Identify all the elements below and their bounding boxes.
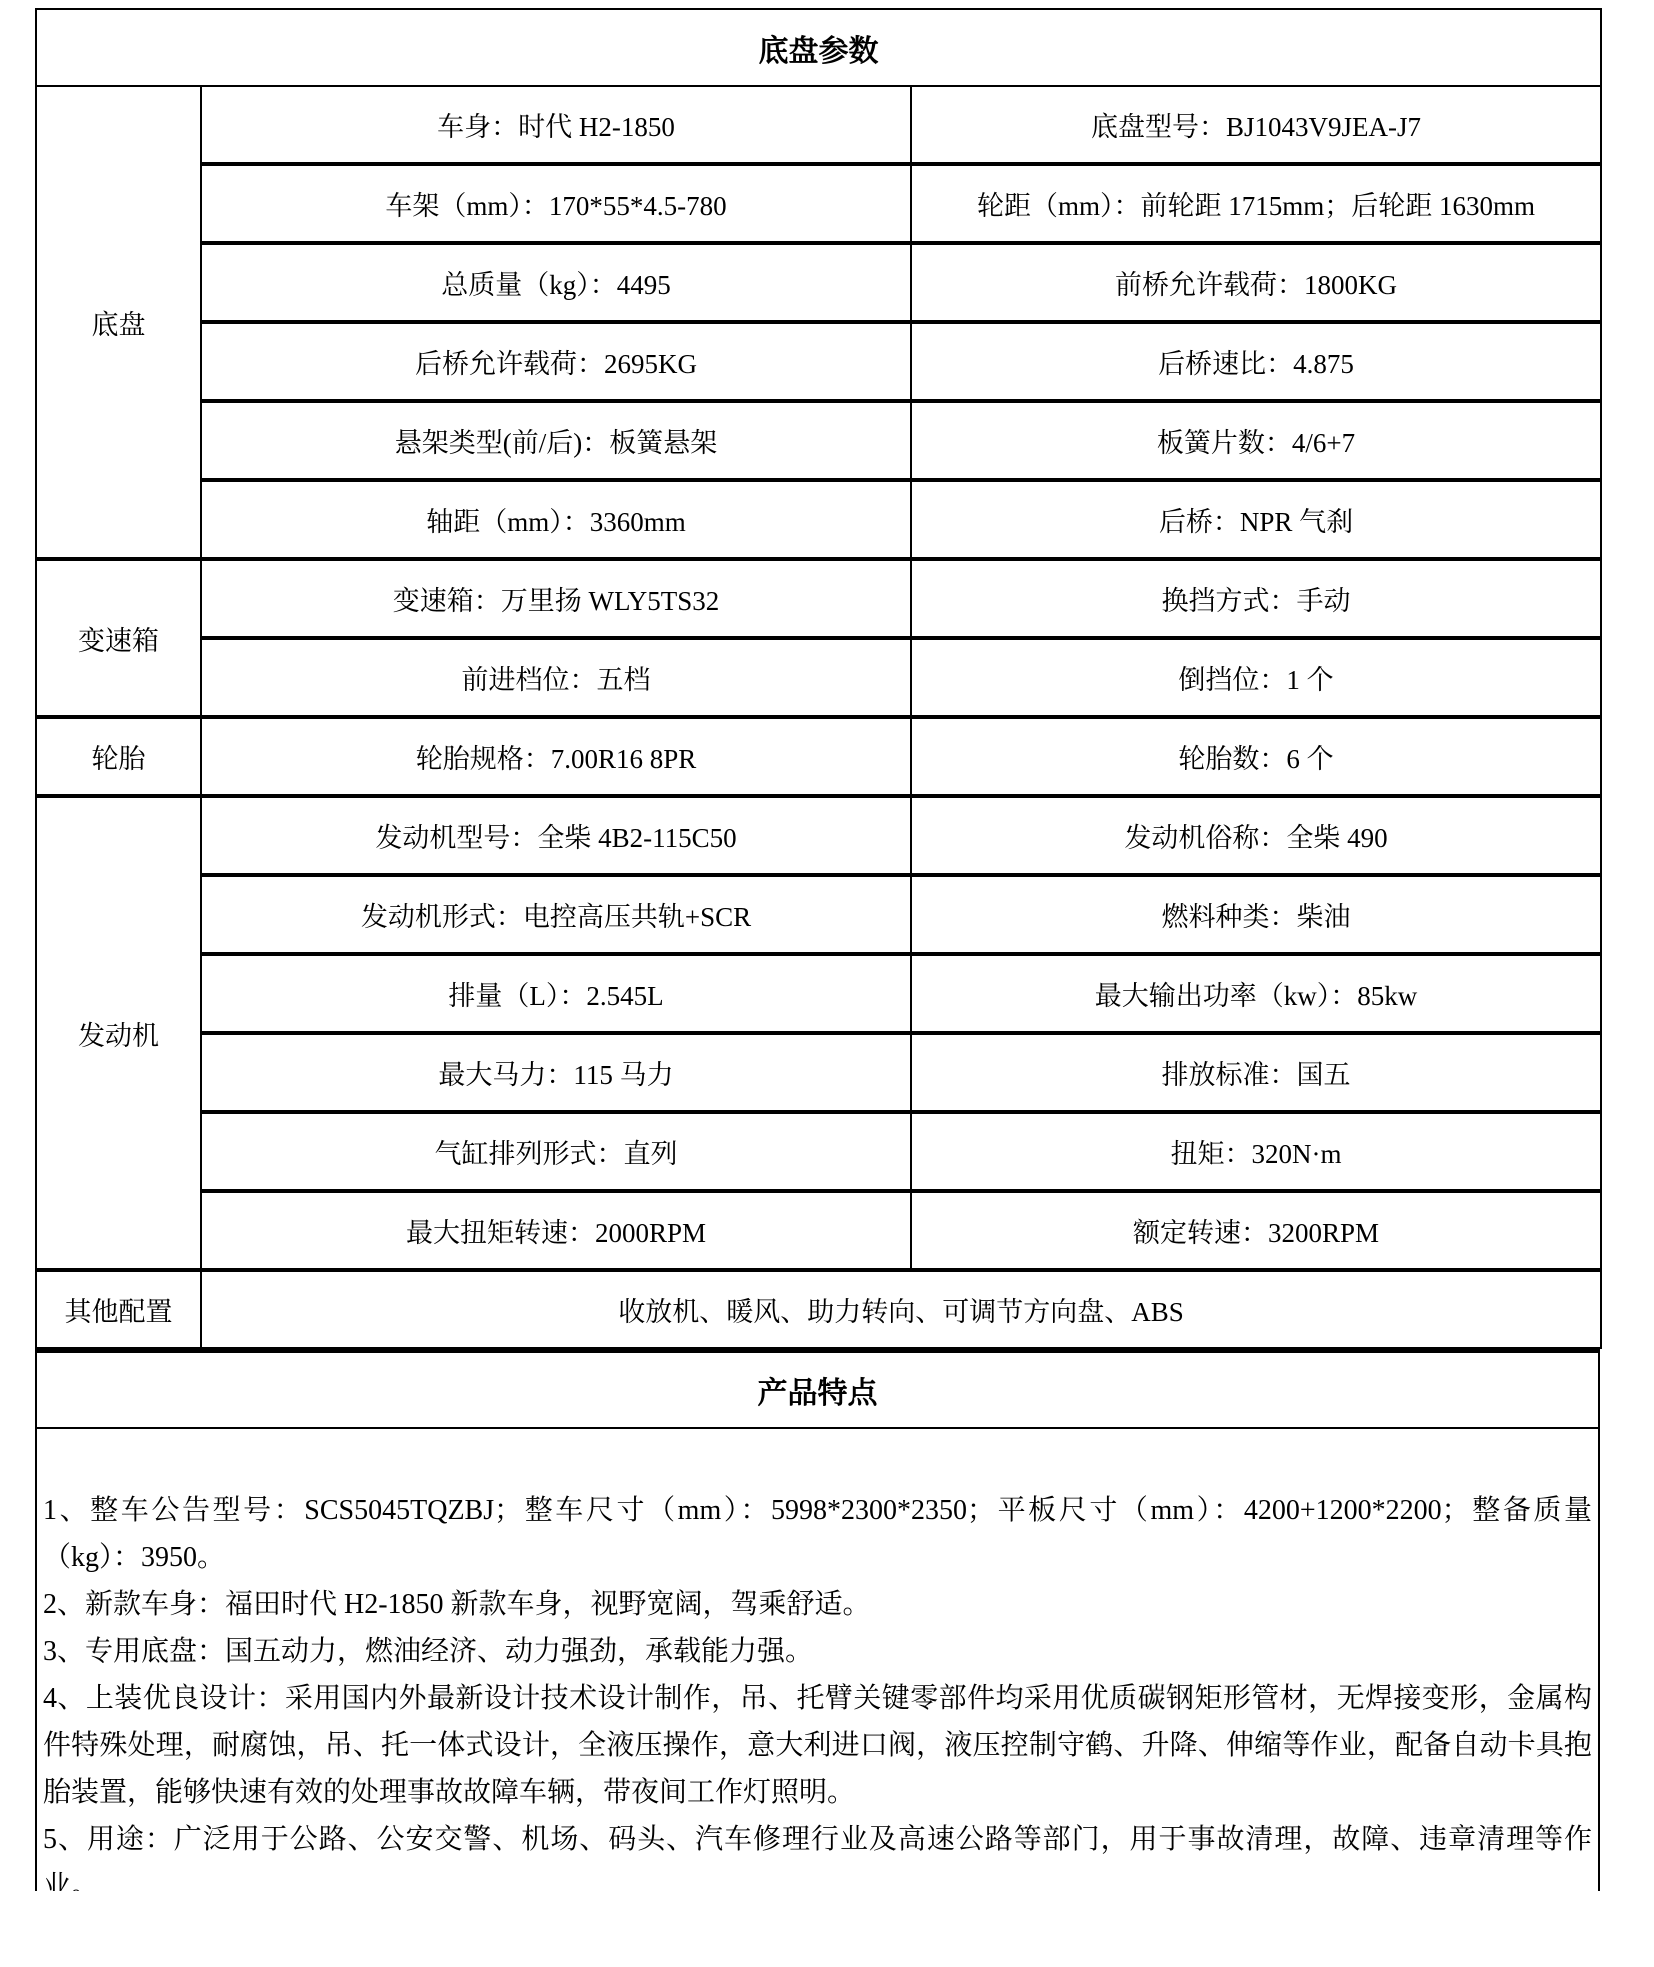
- param-cell: 底盘型号：BJ1043V9JEA-J7: [911, 86, 1601, 164]
- table-row: 底盘 车身：时代 H2-1850 底盘型号：BJ1043V9JEA-J7: [36, 86, 1601, 164]
- param-cell: 轮胎数：6 个: [911, 717, 1601, 796]
- param-cell: 最大扭矩转速：2000RPM: [201, 1191, 911, 1270]
- param-cell: 额定转速：3200RPM: [911, 1191, 1601, 1270]
- param-cell-other-config: 收放机、暖风、助力转向、可调节方向盘、ABS: [201, 1270, 1601, 1348]
- spec-sheet-page: 底盘参数 底盘 车身：时代 H2-1850 底盘型号：BJ1043V9JEA-J…: [0, 0, 1654, 1967]
- param-cell: 轮胎规格：7.00R16 8PR: [201, 717, 911, 796]
- param-cell: 排放标准：国五: [911, 1033, 1601, 1112]
- category-cell-chassis: 底盘: [36, 86, 201, 559]
- table-row: 悬架类型(前/后)：板簧悬架 板簧片数：4/6+7: [36, 401, 1601, 480]
- param-cell: 发动机型号：全柴 4B2-115C50: [201, 796, 911, 875]
- param-cell: 后桥允许载荷：2695KG: [201, 322, 911, 401]
- param-cell: 变速箱：万里扬 WLY5TS32: [201, 559, 911, 638]
- features-title: 产品特点: [758, 1368, 878, 1412]
- feature-item: 5、用途：广泛用于公路、公安交警、机场、码头、汽车修理行业及高速公路等部门，用于…: [43, 1816, 1592, 1891]
- param-cell: 总质量（kg）：4495: [201, 243, 911, 322]
- table-row: 其他配置 收放机、暖风、助力转向、可调节方向盘、ABS: [36, 1270, 1601, 1348]
- category-cell-other-config: 其他配置: [36, 1270, 201, 1348]
- category-cell-tires: 轮胎: [36, 717, 201, 796]
- param-cell: 燃料种类：柴油: [911, 875, 1601, 954]
- category-cell-engine: 发动机: [36, 796, 201, 1270]
- param-cell: 扭矩：320N·m: [911, 1112, 1601, 1191]
- table-title-row: 底盘参数: [36, 9, 1601, 86]
- features-body: 1、整车公告型号：SCS5045TQZBJ；整车尺寸（mm）：5998*2300…: [35, 1429, 1600, 1891]
- param-cell: 板簧片数：4/6+7: [911, 401, 1601, 480]
- table-title: 底盘参数: [36, 9, 1601, 86]
- table-row: 前进档位：五档 倒挡位：1 个: [36, 638, 1601, 717]
- param-cell: 后桥：NPR 气刹: [911, 480, 1601, 559]
- param-cell: 气缸排列形式：直列: [201, 1112, 911, 1191]
- feature-item: 2、新款车身：福田时代 H2-1850 新款车身，视野宽阔，驾乘舒适。: [43, 1581, 1592, 1628]
- param-cell: 轮距（mm）：前轮距 1715mm；后轮距 1630mm: [911, 164, 1601, 243]
- table-row: 排量（L）：2.545L 最大输出功率（kw）：85kw: [36, 954, 1601, 1033]
- table-row: 最大扭矩转速：2000RPM 额定转速：3200RPM: [36, 1191, 1601, 1270]
- param-cell: 悬架类型(前/后)：板簧悬架: [201, 401, 911, 480]
- table-row: 最大马力：115 马力 排放标准：国五: [36, 1033, 1601, 1112]
- category-cell-gearbox: 变速箱: [36, 559, 201, 717]
- param-cell: 后桥速比：4.875: [911, 322, 1601, 401]
- table-row: 轴距（mm）：3360mm 后桥：NPR 气刹: [36, 480, 1601, 559]
- param-cell: 最大马力：115 马力: [201, 1033, 911, 1112]
- param-cell: 车架（mm）：170*55*4.5-780: [201, 164, 911, 243]
- param-cell: 前进档位：五档: [201, 638, 911, 717]
- table-row: 气缸排列形式：直列 扭矩：320N·m: [36, 1112, 1601, 1191]
- features-header: 产品特点: [35, 1349, 1600, 1429]
- param-cell: 前桥允许载荷：1800KG: [911, 243, 1601, 322]
- table-row: 车架（mm）：170*55*4.5-780 轮距（mm）：前轮距 1715mm；…: [36, 164, 1601, 243]
- table-row: 后桥允许载荷：2695KG 后桥速比：4.875: [36, 322, 1601, 401]
- table-row: 变速箱 变速箱：万里扬 WLY5TS32 换挡方式：手动: [36, 559, 1601, 638]
- param-cell: 排量（L）：2.545L: [201, 954, 911, 1033]
- table-row: 发动机形式：电控高压共轨+SCR 燃料种类：柴油: [36, 875, 1601, 954]
- spec-sheet: 底盘参数 底盘 车身：时代 H2-1850 底盘型号：BJ1043V9JEA-J…: [35, 8, 1600, 1891]
- chassis-parameters-table: 底盘参数 底盘 车身：时代 H2-1850 底盘型号：BJ1043V9JEA-J…: [35, 8, 1602, 1349]
- param-cell: 最大输出功率（kw）：85kw: [911, 954, 1601, 1033]
- param-cell: 轴距（mm）：3360mm: [201, 480, 911, 559]
- param-cell: 发动机形式：电控高压共轨+SCR: [201, 875, 911, 954]
- param-cell: 换挡方式：手动: [911, 559, 1601, 638]
- feature-item: 4、上装优良设计：采用国内外最新设计技术设计制作，吊、托臂关键零部件均采用优质碳…: [43, 1675, 1592, 1816]
- table-row: 轮胎 轮胎规格：7.00R16 8PR 轮胎数：6 个: [36, 717, 1601, 796]
- feature-item: 3、专用底盘：国五动力，燃油经济、动力强劲，承载能力强。: [43, 1628, 1592, 1675]
- param-cell: 发动机俗称：全柴 490: [911, 796, 1601, 875]
- table-row: 发动机 发动机型号：全柴 4B2-115C50 发动机俗称：全柴 490: [36, 796, 1601, 875]
- table-row: 总质量（kg）：4495 前桥允许载荷：1800KG: [36, 243, 1601, 322]
- param-cell: 倒挡位：1 个: [911, 638, 1601, 717]
- param-cell: 车身：时代 H2-1850: [201, 86, 911, 164]
- feature-item: 1、整车公告型号：SCS5045TQZBJ；整车尺寸（mm）：5998*2300…: [43, 1487, 1592, 1581]
